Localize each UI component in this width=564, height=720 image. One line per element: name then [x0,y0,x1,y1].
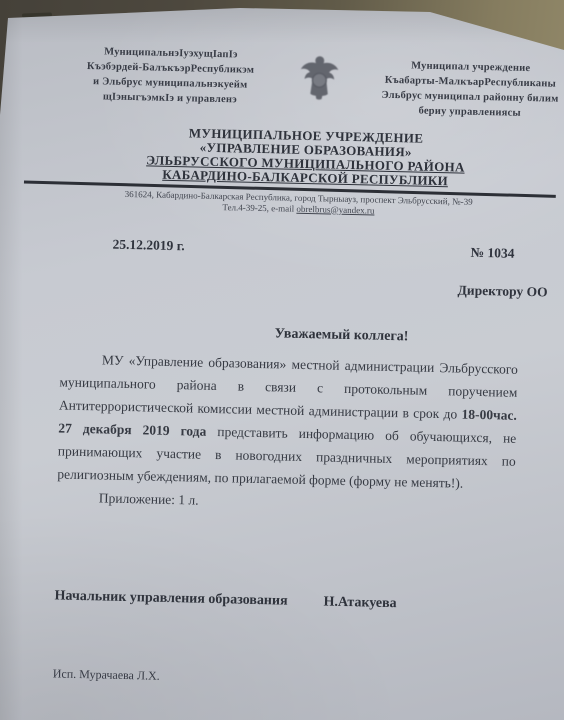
letterhead-left-kabardian: МуниципальнэIуэхущIапIэ Къэбэрдей-Балъкъ… [84,44,257,108]
letter-date: 25.12.2019 г. [112,236,184,254]
body-text-start: МУ «Управление образования» местной адми… [59,352,518,421]
letter-body-paragraph: МУ «Управление образования» местной адми… [57,347,518,495]
letterhead-left-line: щIэныгъэмкIэ и управленэ [84,89,256,108]
signer-name: Н.Атакуева [323,594,396,612]
executor-note: Исп. Мурачаева Л.Х. [53,666,511,691]
signer-title: Начальник управления образования [54,588,287,609]
salutation: Уважаемый коллега! [112,322,564,348]
phone-label: Тел.4-39-25, e-mail [222,202,296,214]
letterhead: МуниципальнэIуэхущIапIэ Къэбэрдей-Балъкъ… [65,42,525,130]
signature-row: Начальник управления образования Н.Атаку… [54,588,512,614]
letter-number: № 1034 [470,244,514,261]
organization-name: МУНИЦИПАЛЬНОЕ УЧРЕЖДЕНИЕ «УПРАВЛЕНИЕ ОБР… [76,124,535,190]
recipient: Директору ОО [62,273,548,300]
coat-of-arms-eagle-icon [296,51,343,110]
email-link[interactable]: obrelbrus@yandex.ru [296,203,374,215]
date-number-row: 25.12.2019 г. № 1034 [62,235,520,261]
letterhead-right-balkar: Муниципал учреждение Къабарты-МалкъарРес… [354,57,564,122]
letter-content: МуниципальнэIуэхущIапIэ Къэбэрдей-Балъкъ… [0,0,564,720]
